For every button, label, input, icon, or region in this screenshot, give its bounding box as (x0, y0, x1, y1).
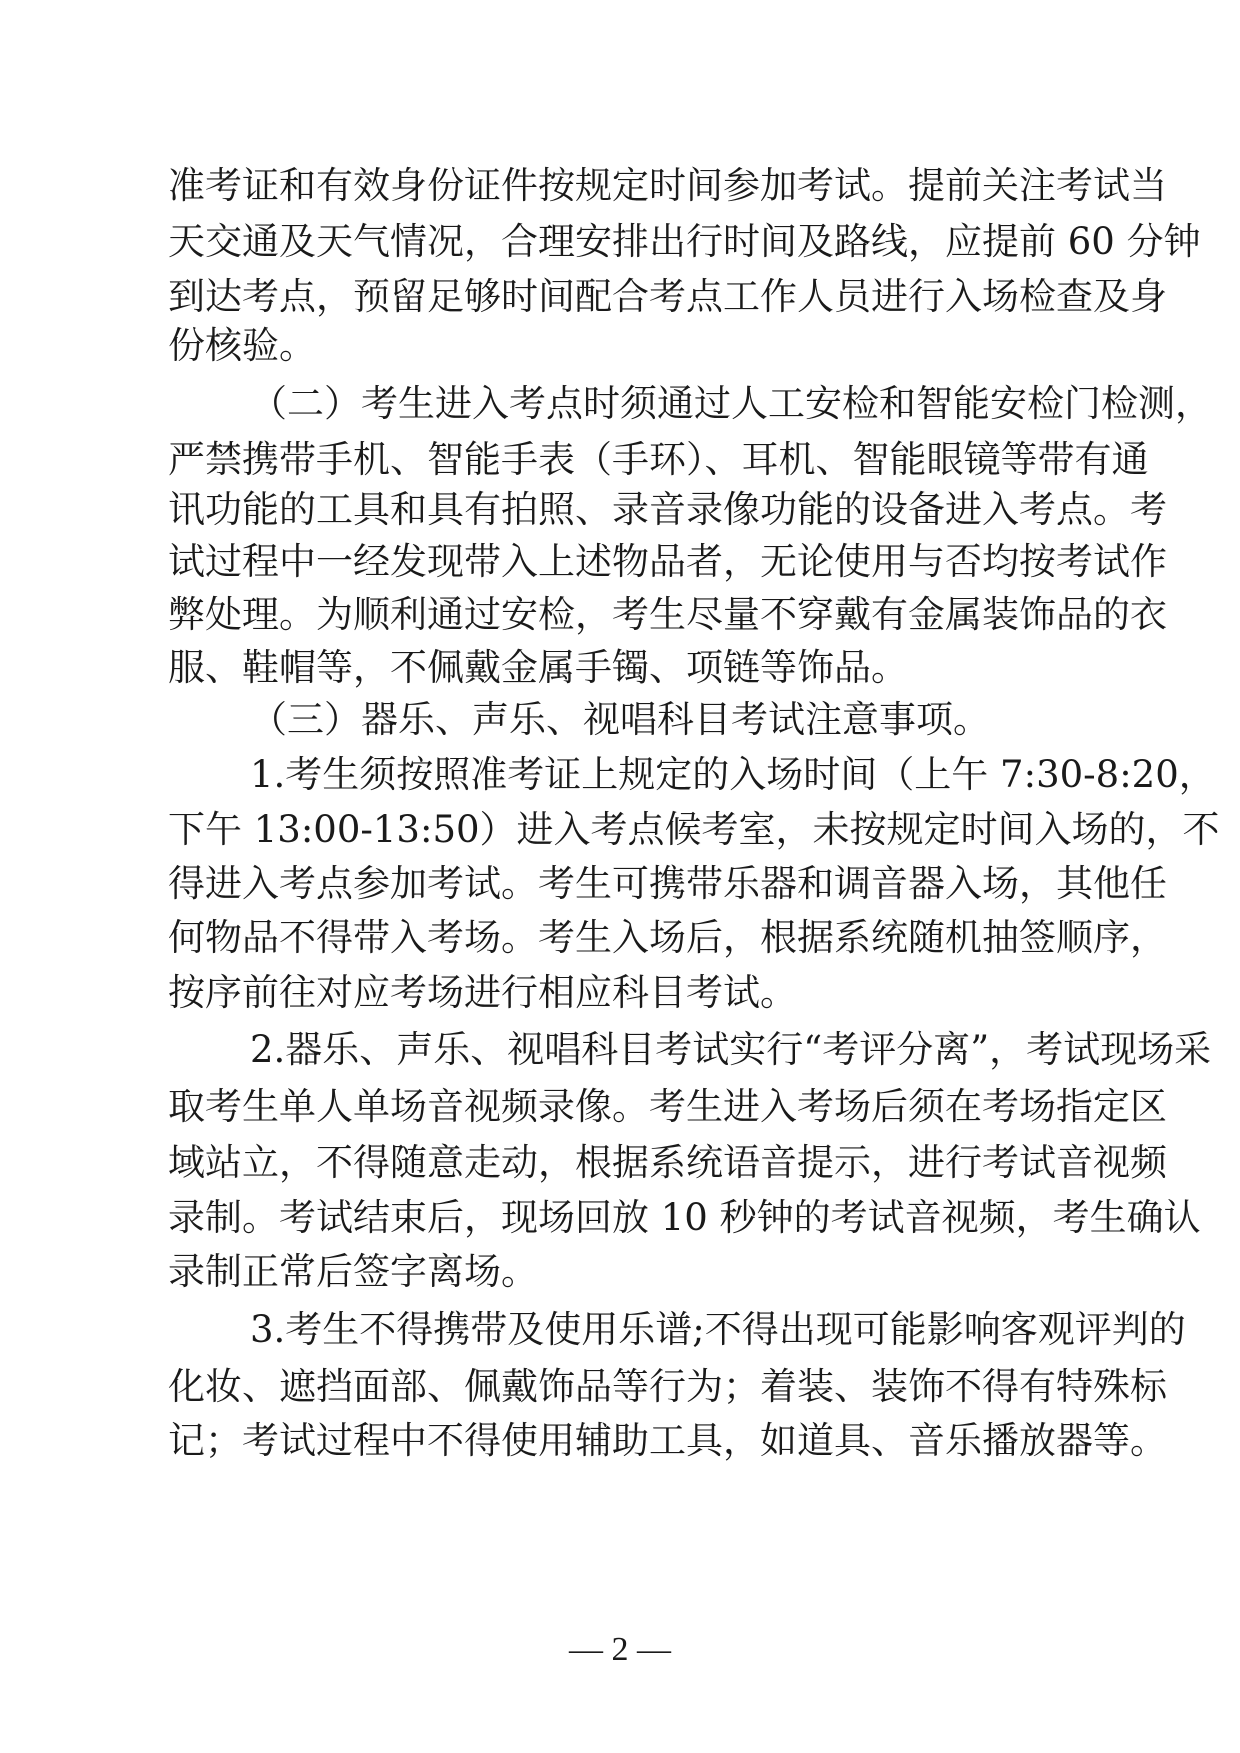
paragraph-line: 到达考点，预留足够时间配合考点工作人员进行入场检查及身 (168, 275, 1076, 319)
paragraph-line: 下午 13:00-13:50）进入考点候考室，未按规定时间入场的，不 (168, 808, 1076, 852)
paragraph-line: 试过程中一经发现带入上述物品者，无论使用与否均按考试作 (168, 540, 1076, 584)
section-3-heading: （三）器乐、声乐、视唱科目考试注意事项。 (250, 698, 1076, 742)
paragraph-line: 讯功能的工具和具有拍照、录音录像功能的设备进入考点。考 (168, 488, 1076, 532)
paragraph-line: 天交通及天气情况，合理安排出行时间及路线，应提前 60 分钟 (168, 220, 1076, 264)
paragraph-line: 服、鞋帽等，不佩戴金属手镯、项链等饰品。 (168, 646, 1076, 690)
page-number: — 2 — (0, 1628, 1240, 1672)
paragraph-line: 弊处理。为顺利通过安检，考生尽量不穿戴有金属装饰品的衣 (168, 593, 1076, 637)
paragraph-line: 严禁携带手机、智能手表（手环）、耳机、智能眼镜等带有通 (168, 438, 1076, 482)
paragraph-line: 份核验。 (168, 324, 1076, 368)
paragraph-line: 取考生单人单场音视频录像。考生进入考场后须在考场指定区 (168, 1085, 1076, 1129)
paragraph-line: 记；考试过程中不得使用辅助工具，如道具、音乐播放器等。 (168, 1419, 1076, 1463)
item-1-first-line: 1.考生须按照准考证上规定的入场时间（上午 7:30-8:20， (250, 753, 1076, 797)
paragraph-line: 化妆、遮挡面部、佩戴饰品等行为；着装、装饰不得有特殊标 (168, 1365, 1076, 1409)
paragraph-line: 域站立，不得随意走动，根据系统语音提示，进行考试音视频 (168, 1141, 1076, 1185)
paragraph-line: 按序前往对应考场进行相应科目考试。 (168, 971, 1076, 1015)
paragraph-line: 录制正常后签字离场。 (168, 1250, 1076, 1294)
item-2-first-line: 2.器乐、声乐、视唱科目考试实行“考评分离”，考试现场采 (250, 1028, 1076, 1072)
section-2-first-line: （二）考生进入考点时须通过人工安检和智能安检门检测， (250, 382, 1076, 426)
document-page: 准考证和有效身份证件按规定时间参加考试。提前关注考试当 天交通及天气情况，合理安… (0, 0, 1240, 1753)
paragraph-line: 录制。考试结束后，现场回放 10 秒钟的考试音视频，考生确认 (168, 1196, 1076, 1240)
paragraph-line: 准考证和有效身份证件按规定时间参加考试。提前关注考试当 (168, 164, 1076, 208)
paragraph-line: 得进入考点参加考试。考生可携带乐器和调音器入场，其他任 (168, 862, 1076, 906)
paragraph-line: 何物品不得带入考场。考生入场后，根据系统随机抽签顺序， (168, 916, 1076, 960)
item-3-first-line: 3.考生不得携带及使用乐谱;不得出现可能影响客观评判的 (250, 1308, 1076, 1352)
